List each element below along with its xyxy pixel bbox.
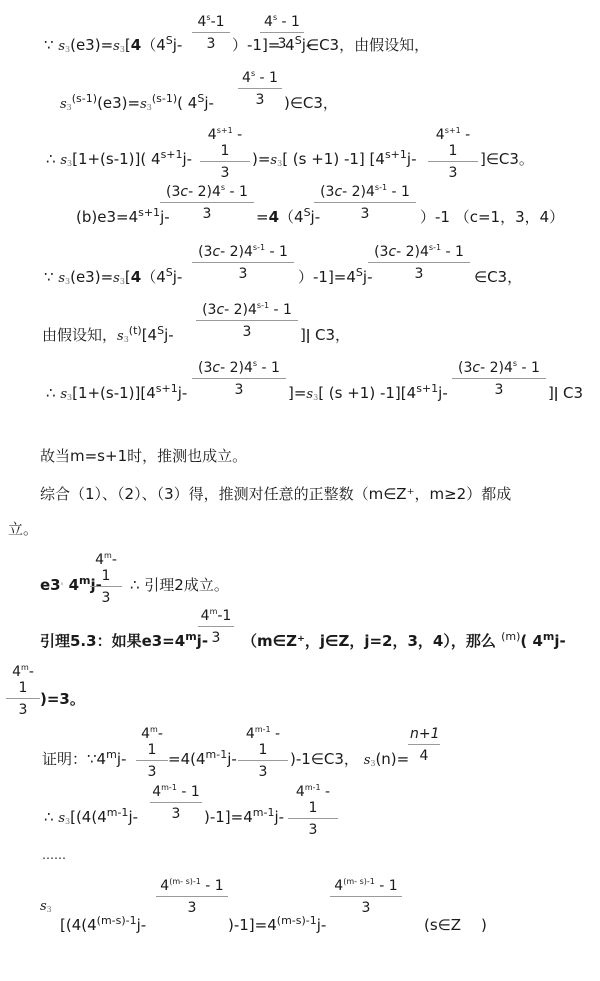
fraction: 4m-1 3 — [90, 552, 122, 606]
equation-line-7b: ]=s3[ (s +1) -1][4s+1j- — [288, 384, 448, 407]
text: j- — [117, 750, 127, 768]
fraction: (3c- 2)4s-1 - 1 3 — [192, 244, 294, 282]
paragraph-conclusion: 故当m=s+1时，推测也成立。 — [40, 447, 247, 465]
s3-function: s3 — [58, 271, 70, 286]
text: (s∈Z — [424, 916, 461, 934]
proof-line-3-s3: s3 — [40, 896, 52, 919]
text: ）-1 （c=1，3，4） — [420, 208, 564, 226]
equation-line-1c: ∈C3，由假设知， — [306, 36, 429, 54]
text: j- — [317, 916, 327, 934]
fraction: 4s+1 - 1 3 — [428, 127, 478, 181]
superscript: m — [185, 630, 196, 643]
fraction: 4(m- s)-1 - 1 3 — [330, 878, 402, 916]
text: )-1]=4 — [228, 916, 277, 934]
superscript: m — [543, 630, 554, 643]
text: ∴ 引理2成立。 — [130, 576, 229, 594]
superscript: m-1 — [107, 806, 129, 819]
proof-line-3: [(4(4(m-s)-1j- — [60, 916, 146, 934]
equation-line-5: ∵ s3(e3)=s3[4（4Sj- — [44, 268, 182, 291]
text: e3 — [40, 576, 61, 594]
text: [4 — [140, 384, 155, 402]
fraction: (3c- 2)4s - 1 3 — [192, 360, 286, 398]
proof-line-2: ∴ s3[(4(4m-1j- — [44, 808, 138, 831]
mark: ˈ — [61, 582, 64, 593]
text: j- — [173, 268, 183, 286]
equation-line-5c: ∈C3， — [474, 268, 522, 286]
proof-line-1b: =4(4m-1j- — [168, 750, 237, 768]
fraction: 4m-1 3 — [6, 664, 40, 718]
text: j- — [407, 150, 417, 168]
text: [1+(s-1)] — [72, 384, 140, 402]
fraction: 4m-1 3 — [136, 726, 168, 780]
equation-line-3c: ]∈C3。 — [480, 150, 534, 168]
s3-function: s3 — [60, 153, 72, 168]
text: (b)e3=4 — [76, 208, 138, 226]
s3-function: s3 — [113, 271, 125, 286]
therefore-symbol: ∴ — [46, 150, 56, 168]
equation-line-7c: ]ǀ C3 — [548, 384, 583, 402]
text: [1+(s-1)] — [72, 150, 140, 168]
text: (e3)= — [70, 268, 113, 286]
s3-function: s3 — [306, 387, 318, 402]
equation-line-5b: ）-1]=4Sj- — [298, 268, 373, 286]
fraction: n+1 4 — [408, 726, 440, 764]
text: ]ǀ C3， — [300, 326, 350, 344]
text: j- — [274, 808, 284, 826]
superscript: (t) — [129, 324, 142, 337]
s3-function: s3 — [364, 753, 376, 768]
fraction: (3c- 2)4s - 1 3 — [160, 184, 254, 222]
s3-function: s3 — [60, 97, 72, 112]
equation-line-1: ∵ s3(e3)=s3[4（4Sj- — [44, 36, 182, 59]
fraction: 4m-1 - 1 3 — [238, 726, 288, 780]
text: ）-1]=4 — [298, 268, 356, 286]
lemma-statement-c: )=3。 — [40, 690, 85, 708]
text: )∈C3， — [284, 94, 338, 112]
fraction: 4s+1 - 1 3 — [200, 127, 250, 181]
fraction: (3c- 2)4s-1 - 1 3 — [196, 302, 298, 340]
s3-function: s3 — [60, 387, 72, 402]
fraction: (3c- 2)4s-1 - 1 3 — [314, 184, 416, 222]
fraction: 4s - 1 3 — [238, 70, 282, 108]
text: j- — [204, 94, 214, 112]
superscript: (s-1) — [72, 92, 97, 105]
text: j- — [128, 808, 138, 826]
superscript: s+1 — [416, 382, 438, 395]
text: j- — [137, 916, 147, 934]
s3-function: s3 — [113, 39, 125, 54]
fraction: 4s-1 3 — [192, 14, 230, 52]
text: ( 4 — [520, 632, 543, 650]
text: j- — [164, 326, 174, 344]
lemma-statement: 引理5.3：如果e3=4mj- — [40, 632, 208, 650]
text: （4 — [279, 208, 304, 226]
because-symbol: ∵ — [44, 268, 54, 286]
equation-line-6b: ]ǀ C3， — [300, 326, 350, 344]
fraction: (3c- 2)4s - 1 3 — [452, 360, 546, 398]
text: )=3。 — [40, 690, 85, 708]
s3-function: s3 — [140, 97, 152, 112]
equation-line-7: ∴ s3[1+(s-1)][4s+1j- — [46, 384, 187, 407]
text: 4 — [131, 36, 141, 54]
text: [4 — [401, 384, 416, 402]
text: （4 — [141, 268, 166, 286]
because-symbol: ∵ — [44, 36, 54, 54]
text: （4 — [141, 36, 166, 54]
text: ) — [481, 916, 487, 934]
text: 证明：∵4 — [42, 750, 106, 768]
text: 4 — [69, 576, 79, 594]
therefore-symbol: ∴ — [46, 384, 56, 402]
superscript: m-1 — [206, 748, 228, 761]
ellipsis: …… — [42, 846, 66, 864]
paragraph-summary: 综合（1）、（2）、（3）得，推测对任意的正整数（m∈Z⁺，m≥2）都成 — [40, 485, 511, 503]
fraction: 4m-1 - 1 3 — [150, 784, 202, 822]
text: j- — [438, 384, 448, 402]
text: j- — [178, 384, 188, 402]
proof-line-3b: )-1]=4(m-s)-1j- — [228, 916, 326, 934]
text: ( 4 — [140, 150, 160, 168]
superscript: m-1 — [253, 806, 275, 819]
text: (e3)= — [70, 36, 113, 54]
fraction: 4s - 1 3 — [260, 14, 304, 52]
proof-line-1c: )-1∈C3， s3(n)= — [290, 750, 409, 773]
s3-function: s3 — [58, 811, 70, 826]
s3-function: s3 — [117, 329, 129, 344]
text: )= — [252, 150, 270, 168]
text: ]∈C3。 — [480, 150, 534, 168]
fraction: 4m-1 - 1 3 — [288, 784, 338, 838]
text: [4 — [142, 326, 157, 344]
superscript: m — [106, 748, 117, 761]
proof-line-3c: (s∈Z) — [424, 916, 487, 934]
proof-line-1: 证明：∵4mj- — [42, 750, 126, 768]
lemma-statement-b: （m∈Z⁺，j∈Z，j=2，3，4），那么 (m)( 4mj- — [242, 632, 566, 650]
superscript: S — [166, 34, 173, 47]
equation-line-2b: )∈C3， — [284, 94, 338, 112]
text: j- — [554, 632, 565, 650]
equation-line-4c: ）-1 （c=1，3，4） — [420, 208, 564, 226]
fraction: (3c- 2)4s-1 - 1 3 — [368, 244, 470, 282]
text: [(4(4 — [60, 916, 97, 934]
superscript: (m) — [501, 630, 520, 643]
superscript: m — [79, 574, 90, 587]
superscript: (m-s)-1 — [277, 914, 317, 927]
text: （m∈Z⁺，j∈Z，j=2，3，4），那么 — [242, 632, 496, 650]
text: )-1∈C3， — [290, 750, 359, 768]
superscript: (m-s)-1 — [97, 914, 137, 927]
text: [ (s +1) -1] [4 — [282, 150, 385, 168]
text: 引理5.3：如果e3=4 — [40, 632, 185, 650]
equation-line-4: (b)e3=4s+1j- — [76, 208, 170, 226]
superscript: s+1 — [385, 148, 407, 161]
text: =4(4 — [168, 750, 206, 768]
text: ∈C3， — [474, 268, 522, 286]
fraction: 4(m- s)-1 - 1 3 — [156, 878, 228, 916]
text: )-1]=4 — [204, 808, 253, 826]
text: j- — [183, 150, 193, 168]
therefore-symbol: ∴ — [44, 808, 54, 826]
superscript: s+1 — [138, 206, 160, 219]
equation-line-3: ∴ s3[1+(s-1)]( 4s+1j- — [46, 150, 192, 173]
equation-line-4b: =4（4Sj- — [256, 208, 320, 226]
superscript: (s-1) — [152, 92, 177, 105]
equation-line-3b: )=s3[ (s +1) -1] [4s+1j- — [252, 150, 417, 173]
text: ]ǀ C3 — [548, 384, 583, 402]
superscript: s+1 — [156, 382, 178, 395]
text: (n)= — [375, 750, 409, 768]
text: 4 — [131, 268, 141, 286]
text: j- — [227, 750, 237, 768]
fraction: 4m-1 3 — [198, 608, 234, 646]
equation-line-2: s3(s-1)(e3)=s3(s-1)( 4Sj- — [60, 94, 214, 117]
text: ( 4 — [177, 94, 197, 112]
superscript: s+1 — [161, 148, 183, 161]
equation-line-8b: ∴ 引理2成立。 — [130, 576, 229, 594]
text: = — [256, 208, 269, 226]
text: 4 — [269, 208, 279, 226]
text: j- — [173, 36, 183, 54]
text: ]= — [288, 384, 306, 402]
s3-function: s3 — [40, 899, 52, 914]
paragraph-summary-cont: 立。 — [8, 520, 38, 538]
text: [(4(4 — [70, 808, 107, 826]
s3-function: s3 — [58, 39, 70, 54]
s3-function: s3 — [270, 153, 282, 168]
text: ∈C3，由假设知， — [306, 36, 429, 54]
text: (e3)= — [97, 94, 140, 112]
text: [ (s +1) -1] — [318, 384, 401, 402]
proof-line-2b: )-1]=4m-1j- — [204, 808, 284, 826]
equation-line-6: 由假设知，s3(t)[4Sj- — [42, 326, 174, 349]
text: 由假设知， — [42, 326, 117, 344]
